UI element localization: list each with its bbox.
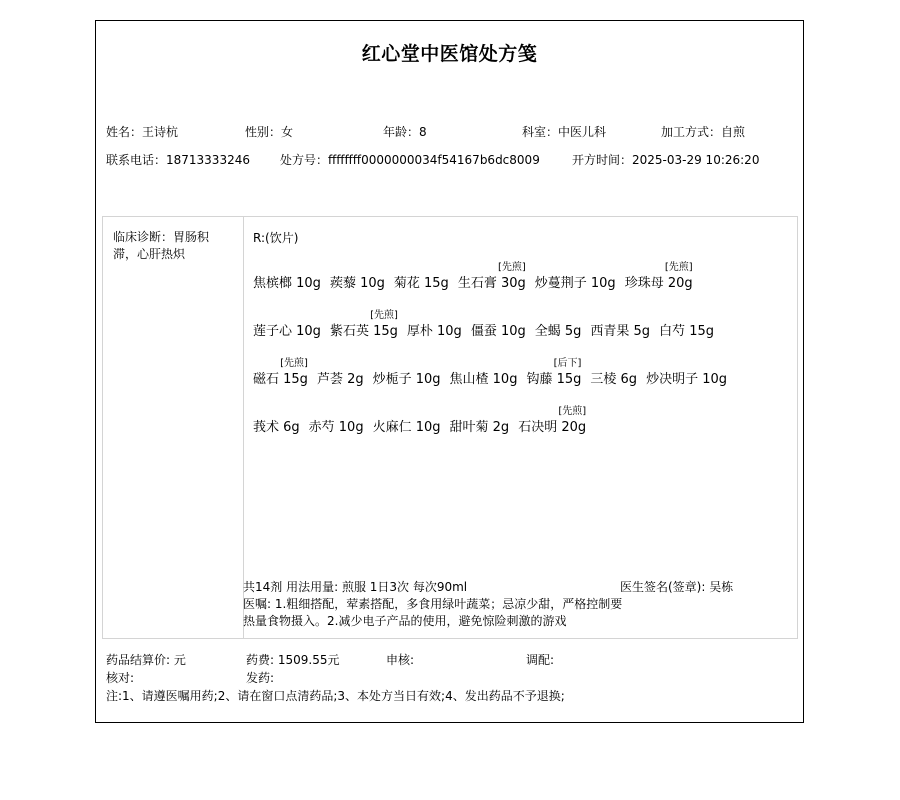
herb-item: 炒决明子 10g bbox=[646, 368, 727, 387]
column-divider bbox=[243, 217, 244, 638]
herb-item: 莪术 6g bbox=[253, 416, 300, 435]
herb-name-dose: 三棱 6g bbox=[590, 372, 637, 387]
herb-item: 西青果 5g bbox=[590, 320, 650, 339]
herb-item: 蒺藜 10g bbox=[330, 272, 385, 291]
page-title: 红心堂中医馆处方笺 bbox=[96, 39, 803, 66]
herb-item: 菊花 15g bbox=[394, 272, 449, 291]
patient-name: 姓名：王诗杭 bbox=[106, 123, 178, 140]
herb-item: 厚朴 10g bbox=[407, 320, 462, 339]
contact-phone: 联系电话：18713333246 bbox=[106, 151, 250, 168]
review-label: 申核: bbox=[386, 651, 414, 668]
herb-name-dose: 西青果 5g bbox=[590, 324, 650, 339]
herb-name-dose: 炒蔓荆子 10g bbox=[535, 276, 616, 291]
drug-fee: 药费: 1509.55元 bbox=[246, 651, 339, 668]
patient-age: 年龄：8 bbox=[383, 123, 427, 140]
prescription-sheet: 红心堂中医馆处方笺 姓名：王诗杭 性别：女 年龄：8 科室：中医儿科 加工方式：… bbox=[95, 20, 804, 723]
patient-gender: 性别：女 bbox=[245, 123, 293, 140]
herb-name-dose: 焦山楂 10g bbox=[450, 372, 518, 387]
herb-name-dose: 蒺藜 10g bbox=[330, 276, 385, 291]
herb-item: 火麻仁 10g bbox=[373, 416, 441, 435]
herb-item: 紫石英 15g[先煎] bbox=[330, 320, 398, 339]
clinical-diagnosis: 临床诊断：胃肠积滞，心肝热炽 bbox=[113, 229, 231, 263]
herb-name-dose: 厚朴 10g bbox=[407, 324, 462, 339]
herb-item: 磁石 15g[先煎] bbox=[253, 368, 308, 387]
herb-item: 炒栀子 10g bbox=[373, 368, 441, 387]
herb-name-dose: 白芍 15g bbox=[659, 324, 714, 339]
herb-name-dose: 钩藤 15g bbox=[526, 372, 581, 387]
herb-name-dose: 甜叶菊 2g bbox=[450, 420, 510, 435]
herb-item: 焦槟榔 10g bbox=[253, 272, 321, 291]
herb-row: 磁石 15g[先煎]芦荟 2g炒栀子 10g焦山楂 10g钩藤 15g[后下]三… bbox=[253, 368, 736, 412]
herb-name-dose: 紫石英 15g bbox=[330, 324, 398, 339]
herb-name-dose: 莲子心 10g bbox=[253, 324, 321, 339]
rx-header: R:(饮片) bbox=[253, 229, 298, 246]
herb-item: 三棱 6g bbox=[590, 368, 637, 387]
medical-advice: 医嘱: 1.粗细搭配，荤素搭配，多食用绿叶蔬菜；忌凉少甜，严格控制要热量食物摄入… bbox=[243, 596, 623, 630]
herb-name-dose: 全蝎 5g bbox=[535, 324, 582, 339]
notice: 注:1、请遵医嘱用药;2、请在窗口点清药品;3、本处方当日有效;4、发出药品不予… bbox=[106, 687, 565, 704]
processing-method: 加工方式：自煎 bbox=[661, 123, 745, 140]
herb-item: 甜叶菊 2g bbox=[450, 416, 510, 435]
herb-name-dose: 芦荟 2g bbox=[317, 372, 364, 387]
herb-name-dose: 磁石 15g bbox=[253, 372, 308, 387]
herb-item: 僵蚕 10g bbox=[471, 320, 526, 339]
herb-row: 莪术 6g赤芍 10g火麻仁 10g甜叶菊 2g石决明 20g[先煎] bbox=[253, 416, 595, 460]
herb-item: 石决明 20g[先煎] bbox=[518, 416, 586, 435]
herb-item: 炒蔓荆子 10g bbox=[535, 272, 616, 291]
decoction-note: [先煎] bbox=[665, 258, 693, 273]
herb-item: 白芍 15g bbox=[659, 320, 714, 339]
herb-name-dose: 生石膏 30g bbox=[458, 276, 526, 291]
settle-price: 药品结算价: 元 bbox=[106, 651, 186, 668]
decoction-note: [先煎] bbox=[498, 258, 526, 273]
prescription-table: 临床诊断：胃肠积滞，心肝热炽 R:(饮片) 焦槟榔 10g蒺藜 10g菊花 15… bbox=[102, 216, 798, 639]
herb-item: 芦荟 2g bbox=[317, 368, 364, 387]
herb-item: 全蝎 5g bbox=[535, 320, 582, 339]
herb-item: 生石膏 30g[先煎] bbox=[458, 272, 526, 291]
herb-name-dose: 珍珠母 20g bbox=[625, 276, 693, 291]
check-label: 核对: bbox=[106, 669, 134, 686]
herb-name-dose: 炒栀子 10g bbox=[373, 372, 441, 387]
herb-item: 焦山楂 10g bbox=[450, 368, 518, 387]
doctor-signature: 医生签名(签章): 吴栋 bbox=[620, 578, 733, 595]
decoction-note: [先煎] bbox=[558, 402, 586, 417]
dispense-label: 调配: bbox=[526, 651, 554, 668]
prescription-time: 开方时间：2025-03-29 10:26:20 bbox=[572, 151, 759, 168]
decoction-note: [先煎] bbox=[280, 354, 308, 369]
prescription-number: 处方号：ffffffff0000000034f54167b6dc8009 bbox=[280, 151, 540, 168]
herb-row: 焦槟榔 10g蒺藜 10g菊花 15g生石膏 30g[先煎]炒蔓荆子 10g珍珠… bbox=[253, 272, 702, 316]
herb-item: 赤芍 10g bbox=[309, 416, 364, 435]
herb-name-dose: 炒决明子 10g bbox=[646, 372, 727, 387]
issue-label: 发药: bbox=[246, 669, 274, 686]
department: 科室：中医儿科 bbox=[522, 123, 606, 140]
herb-item: 莲子心 10g bbox=[253, 320, 321, 339]
herb-name-dose: 僵蚕 10g bbox=[471, 324, 526, 339]
herb-item: 钩藤 15g[后下] bbox=[526, 368, 581, 387]
herb-name-dose: 菊花 15g bbox=[394, 276, 449, 291]
herb-row: 莲子心 10g紫石英 15g[先煎]厚朴 10g僵蚕 10g全蝎 5g西青果 5… bbox=[253, 320, 723, 364]
decoction-note: [先煎] bbox=[370, 306, 398, 321]
herb-name-dose: 火麻仁 10g bbox=[373, 420, 441, 435]
decoction-note: [后下] bbox=[554, 354, 582, 369]
herb-name-dose: 焦槟榔 10g bbox=[253, 276, 321, 291]
herb-name-dose: 莪术 6g bbox=[253, 420, 300, 435]
herb-name-dose: 石决明 20g bbox=[518, 420, 586, 435]
usage-dosage: 共14剂 用法用量: 煎服 1日3次 每次90ml bbox=[243, 578, 467, 595]
herb-item: 珍珠母 20g[先煎] bbox=[625, 272, 693, 291]
herb-name-dose: 赤芍 10g bbox=[309, 420, 364, 435]
